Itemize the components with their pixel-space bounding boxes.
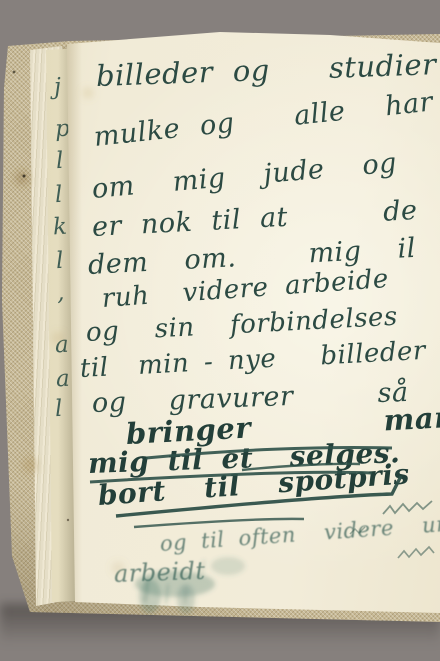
handwriting-line-3: om mig jude og [91,149,398,203]
handwriting-line-2: mulke og alle har [93,88,435,150]
photograph: j p l l k l , a a l billeder og studier … [0,0,440,661]
handwriting-line-14: arbeidt [114,559,206,586]
handwriting-line-13: og til often videre und [159,513,440,555]
handwriting-line-1: billeder og studier [95,50,436,91]
